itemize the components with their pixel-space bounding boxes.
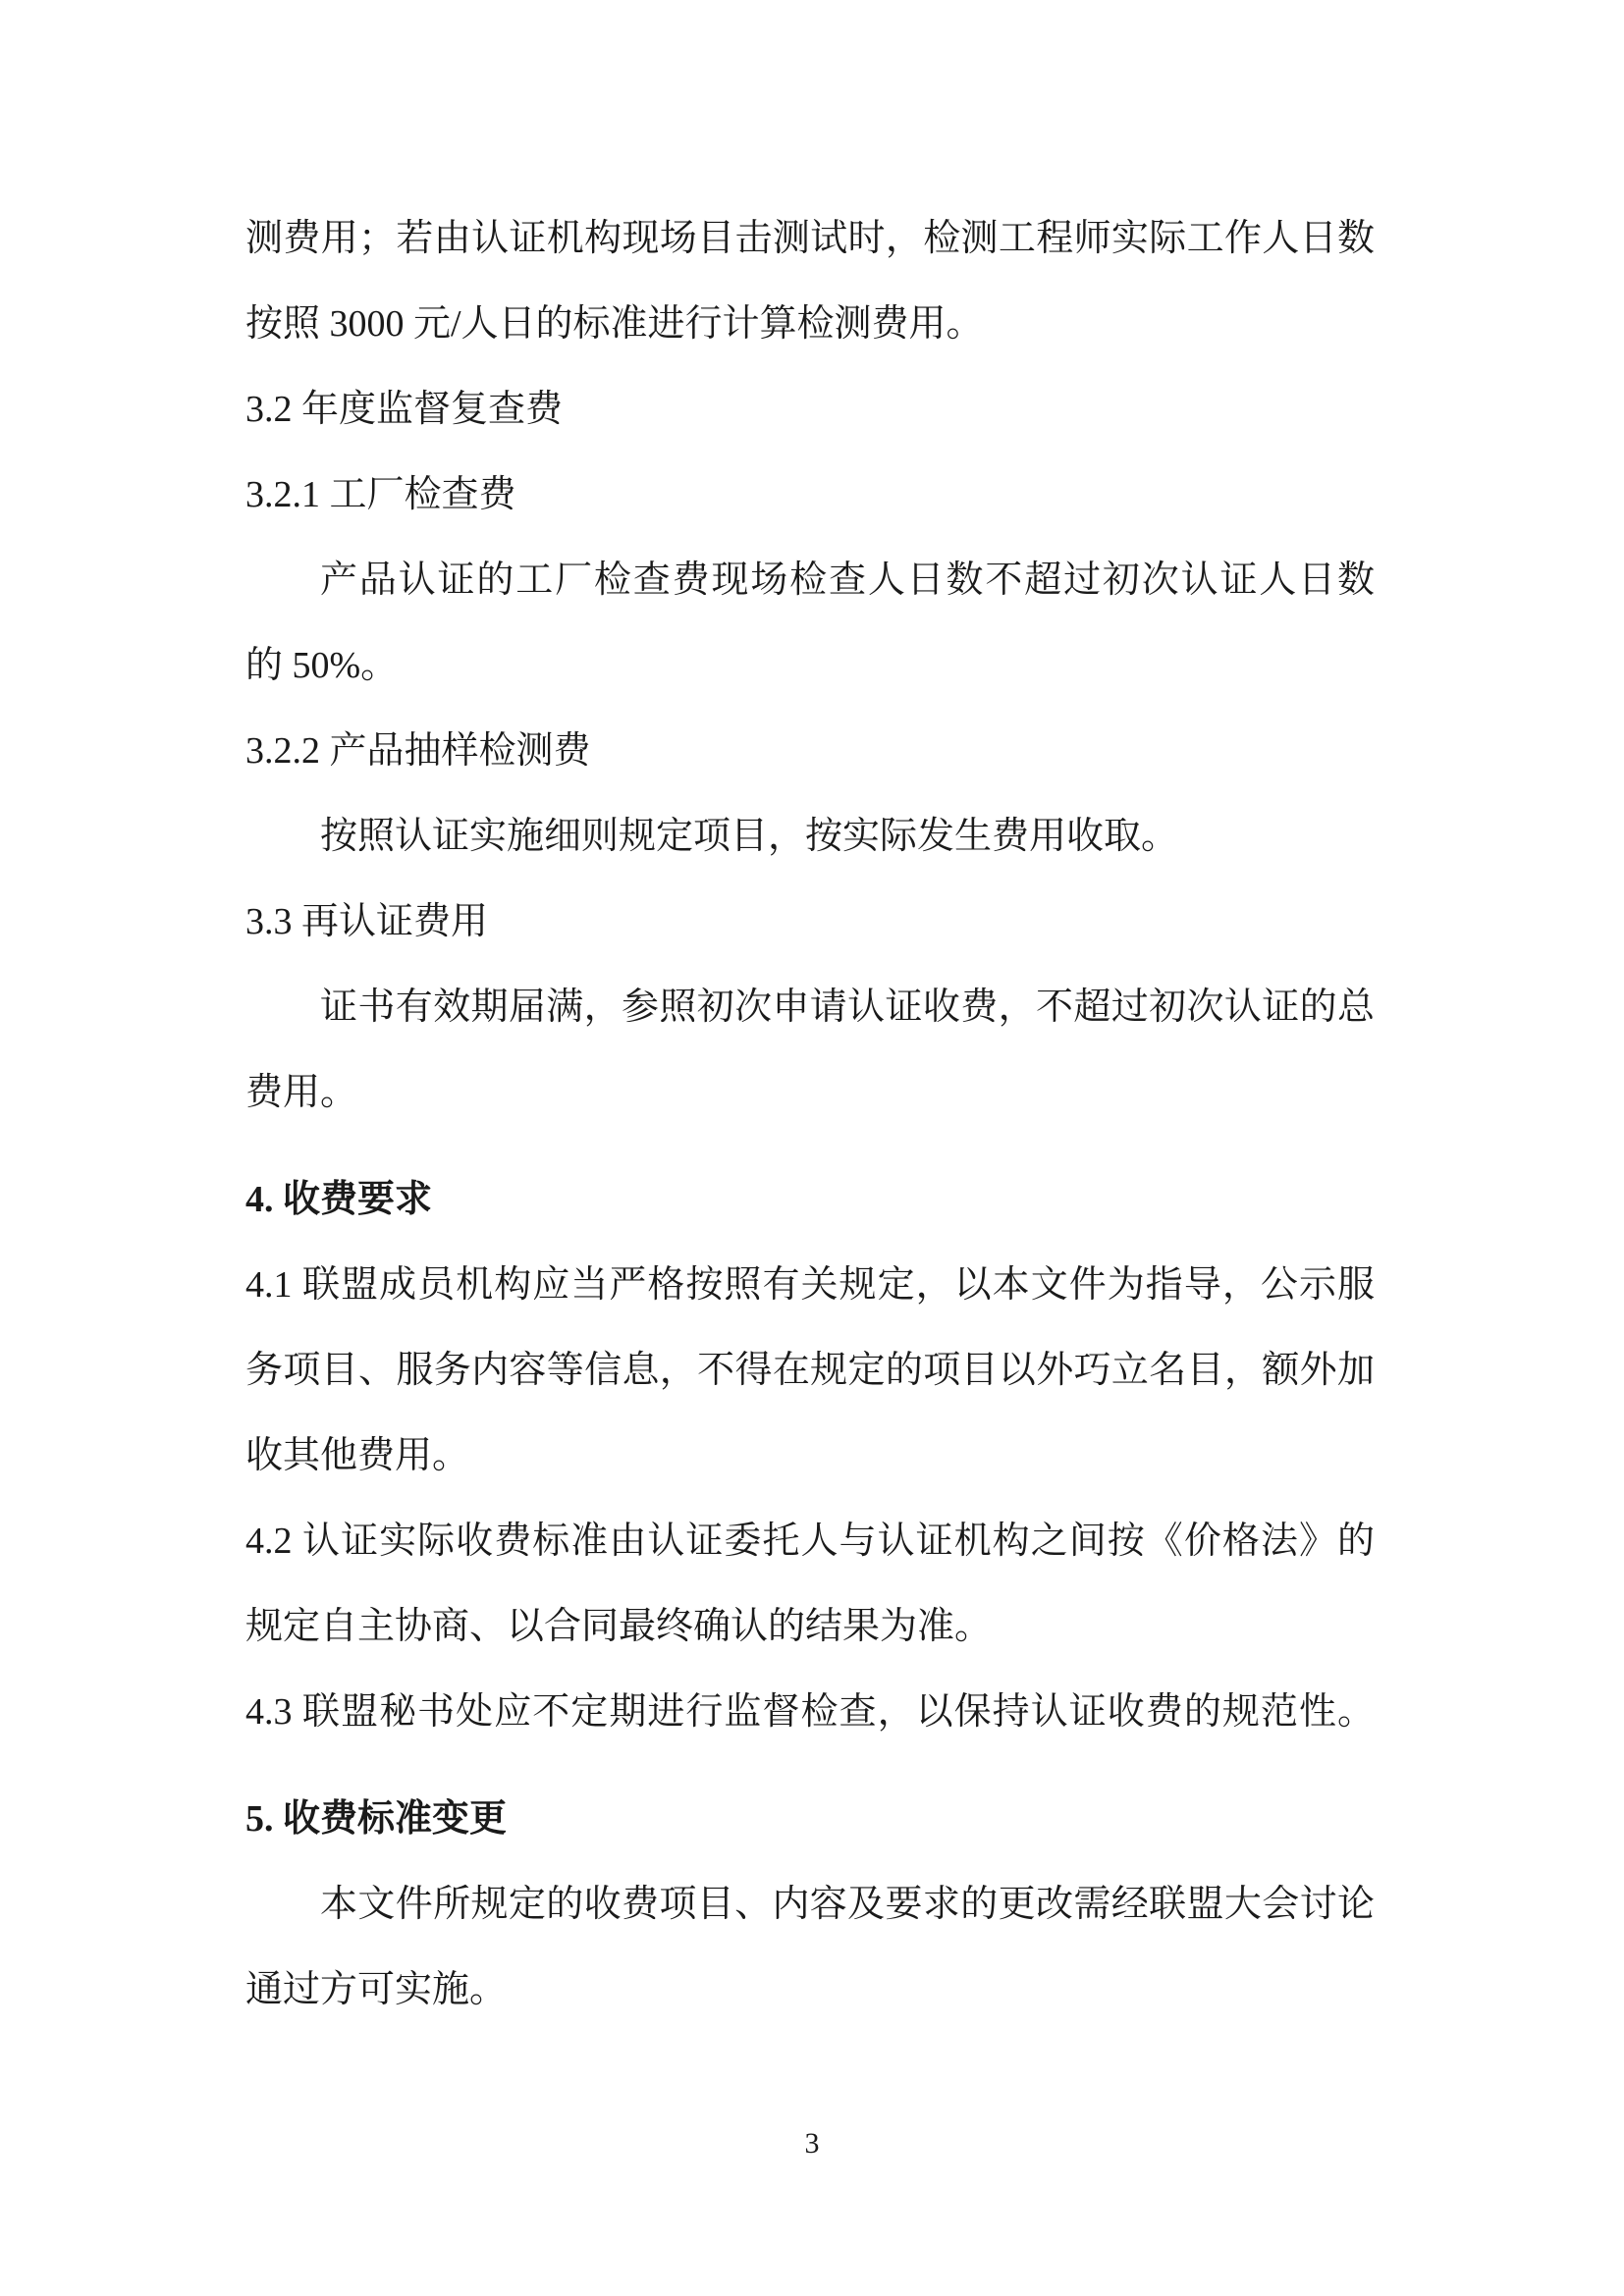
text-line: 本文件所规定的收费项目、内容及要求的更改需经联盟大会讨论 <box>245 1862 1375 1948</box>
text-line: 收其他费用。 <box>245 1414 1375 1499</box>
section-heading: 5. 收费标准变更 <box>245 1777 1375 1862</box>
text-line: 3.2 年度监督复查费 <box>245 367 1375 453</box>
text-line: 证书有效期届满，参照初次申请认证收费，不超过初次认证的总 <box>245 965 1375 1050</box>
text-line: 按照认证实施细则规定项目，按实际发生费用收取。 <box>245 794 1375 880</box>
page-number: 3 <box>0 2123 1624 2164</box>
text-line: 4.3 联盟秘书处应不定期进行监督检查，以保持认证收费的规范性。 <box>245 1670 1375 1755</box>
document-page: 测费用；若由认证机构现场目击测试时，检测工程师实际工作人日数按照 3000 元/… <box>0 0 1624 2296</box>
document-body: 测费用；若由认证机构现场目击测试时，检测工程师实际工作人日数按照 3000 元/… <box>245 196 1375 2033</box>
text-line: 3.2.2 产品抽样检测费 <box>245 709 1375 794</box>
text-line: 通过方可实施。 <box>245 1948 1375 2033</box>
text-line: 4.1 联盟成员机构应当严格按照有关规定，以本文件为指导，公示服 <box>245 1243 1375 1328</box>
text-line: 按照 3000 元/人日的标准进行计算检测费用。 <box>245 282 1375 367</box>
text-line: 4.2 认证实际收费标准由认证委托人与认证机构之间按《价格法》的 <box>245 1499 1375 1584</box>
section-heading: 4. 收费要求 <box>245 1157 1375 1243</box>
text-line: 规定自主协商、以合同最终确认的结果为准。 <box>245 1584 1375 1670</box>
text-line: 产品认证的工厂检查费现场检查人日数不超过初次认证人日数 <box>245 538 1375 623</box>
text-line: 的 50%。 <box>245 623 1375 709</box>
text-line: 务项目、服务内容等信息，不得在规定的项目以外巧立名目，额外加 <box>245 1328 1375 1414</box>
text-line: 费用。 <box>245 1050 1375 1136</box>
text-line: 3.2.1 工厂检查费 <box>245 453 1375 538</box>
text-line: 测费用；若由认证机构现场目击测试时，检测工程师实际工作人日数 <box>245 196 1375 282</box>
text-line: 3.3 再认证费用 <box>245 880 1375 965</box>
